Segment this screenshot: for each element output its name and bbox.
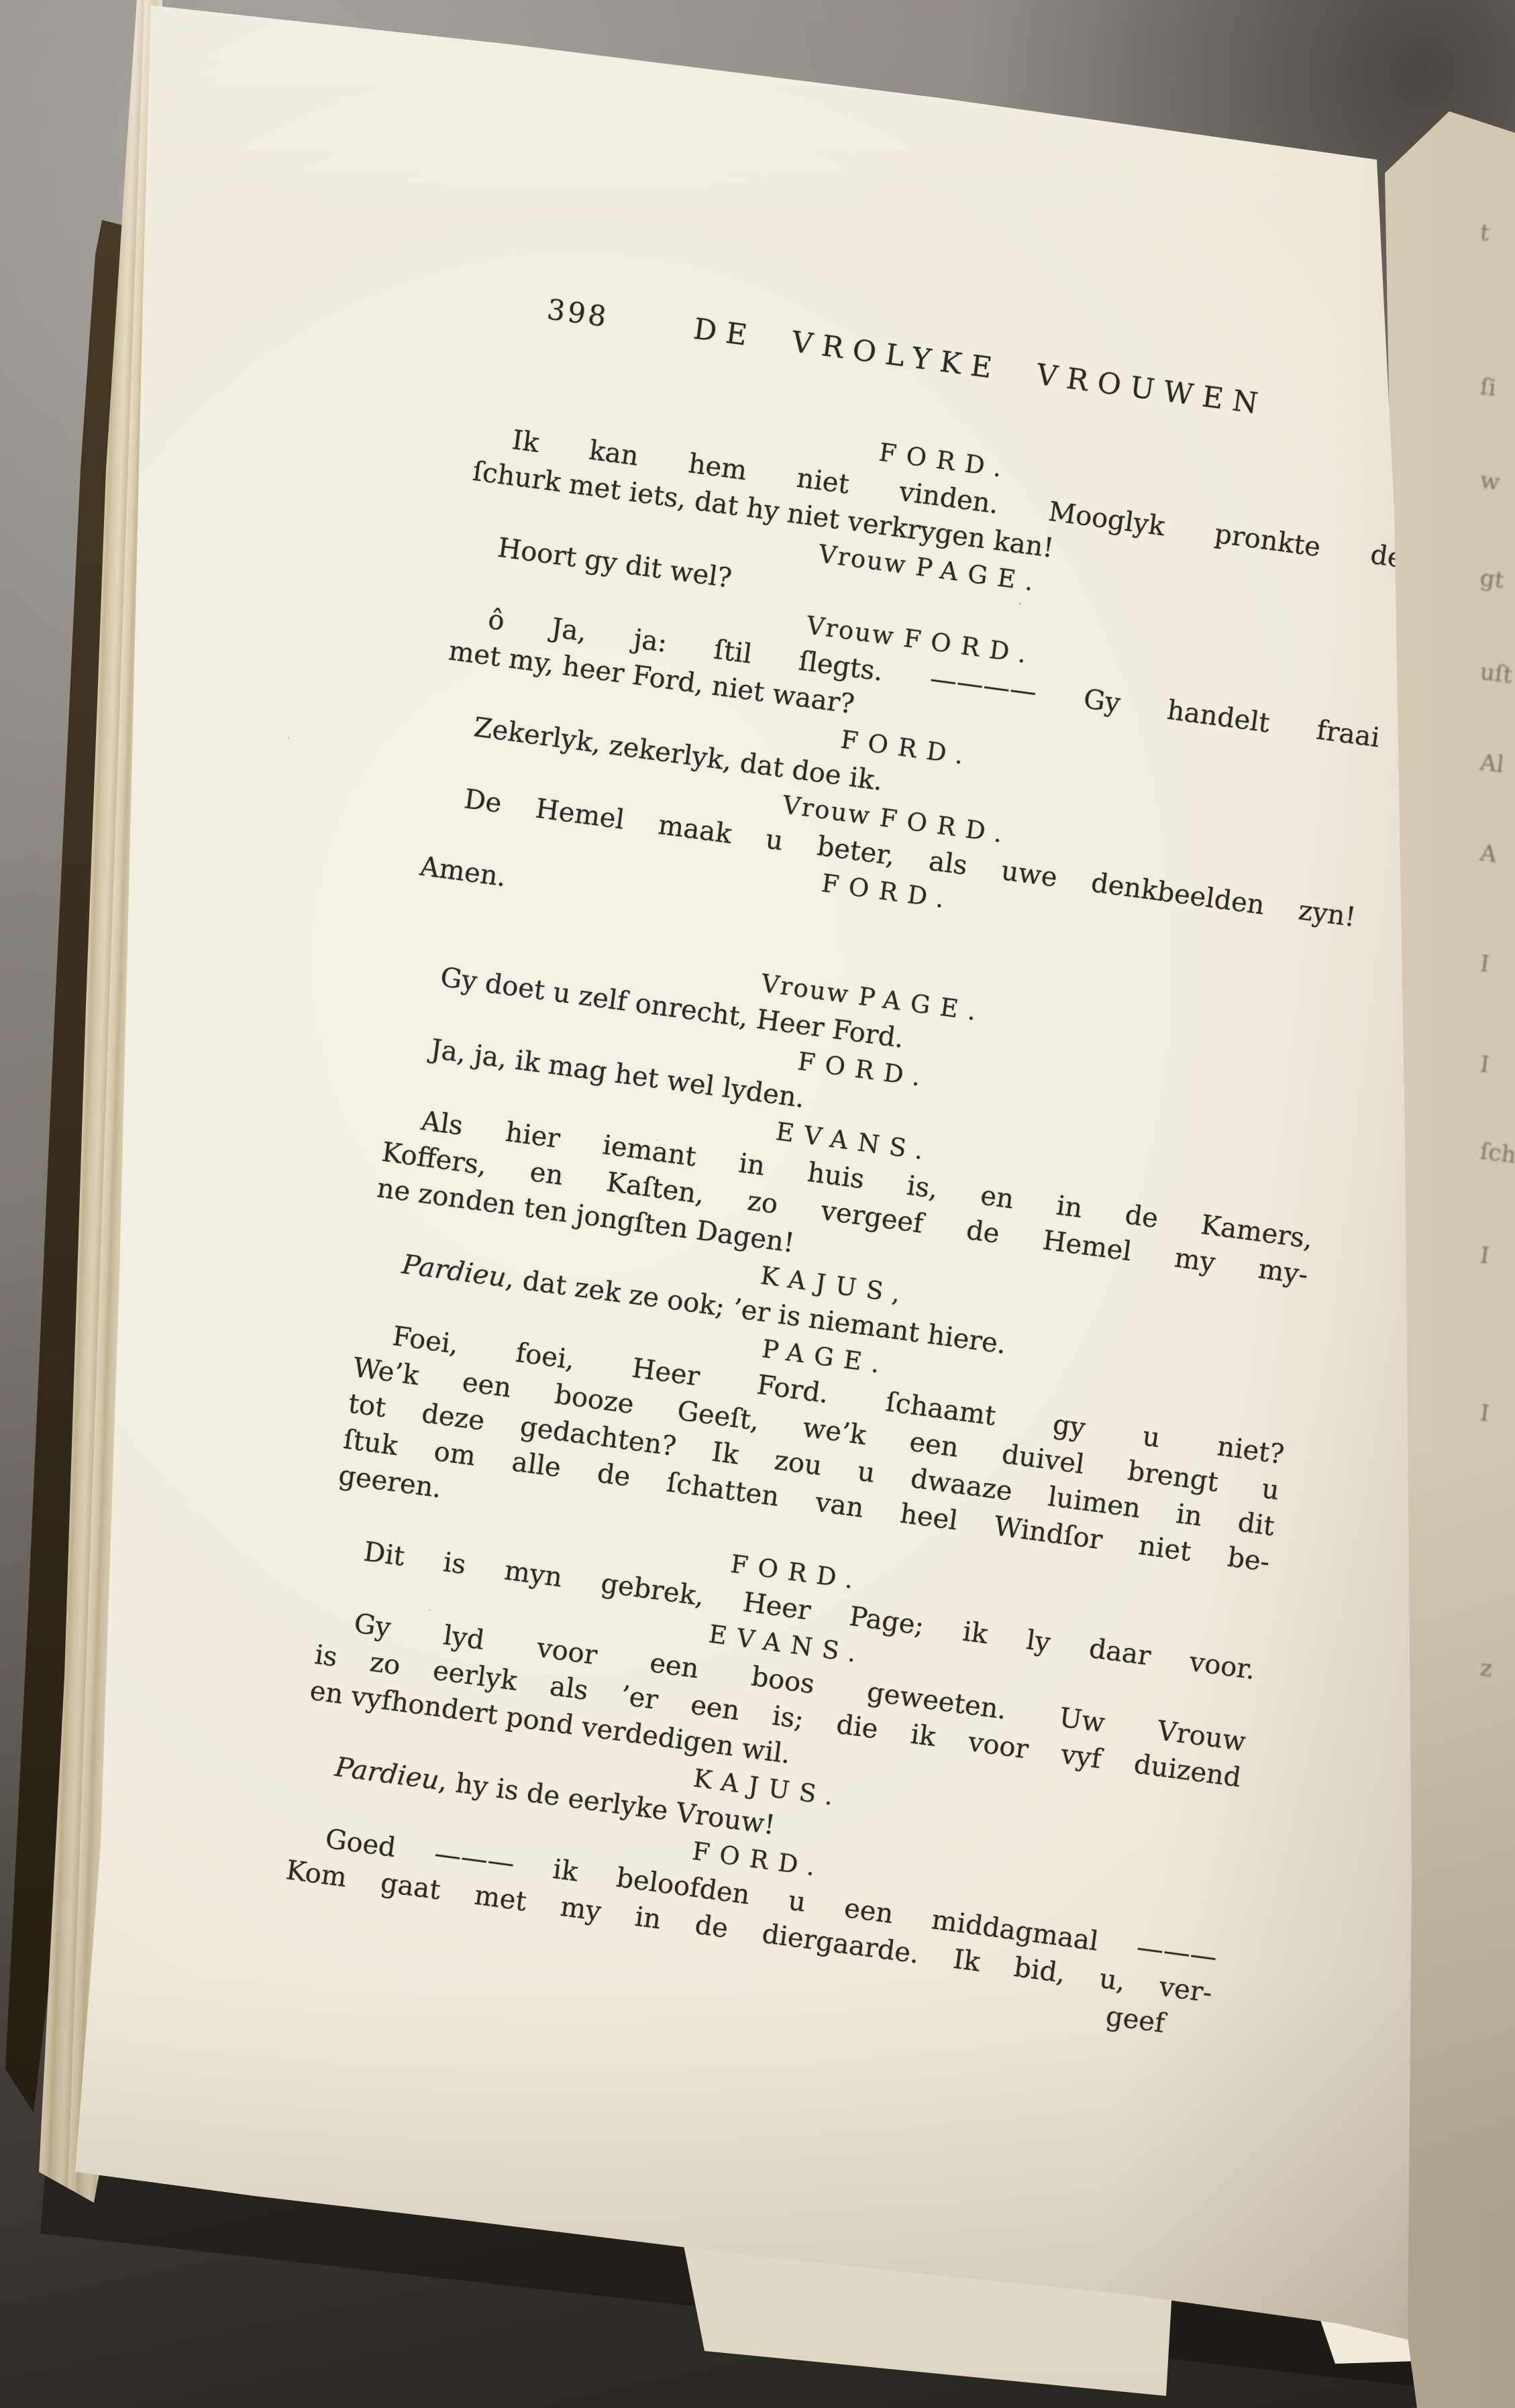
edge-text-fragment: t bbox=[1479, 219, 1515, 250]
edge-text-fragment: uſt bbox=[1479, 658, 1515, 690]
book-photo-scene: { "header": { "page_number": "398", "tit… bbox=[0, 0, 1515, 2408]
edge-text-fragment: Al bbox=[1479, 749, 1515, 780]
edge-text-fragment: A bbox=[1479, 839, 1515, 871]
edge-text-fragment: gt bbox=[1479, 564, 1515, 596]
edge-text-fragment: ſi bbox=[1479, 373, 1515, 404]
speeches: FORD.Ik kan hem niet vinden. Mooglyk pro… bbox=[284, 382, 1410, 2012]
edge-text-fragment: I bbox=[1479, 1050, 1515, 1082]
edge-text-fragment: w bbox=[1479, 467, 1515, 498]
book-page: 398 DE VROLYKE VROUWEN FORD.Ik kan hem n… bbox=[0, 0, 1515, 2408]
edge-text-fragment: z bbox=[1479, 1654, 1515, 1686]
edge-text-fragment: I bbox=[1479, 1399, 1515, 1431]
edge-text-fragment: I bbox=[1479, 950, 1515, 981]
edge-text-fragment: ſch bbox=[1479, 1138, 1515, 1169]
page-number: 398 bbox=[545, 291, 611, 335]
edge-text-fragment: I bbox=[1479, 1242, 1515, 1273]
